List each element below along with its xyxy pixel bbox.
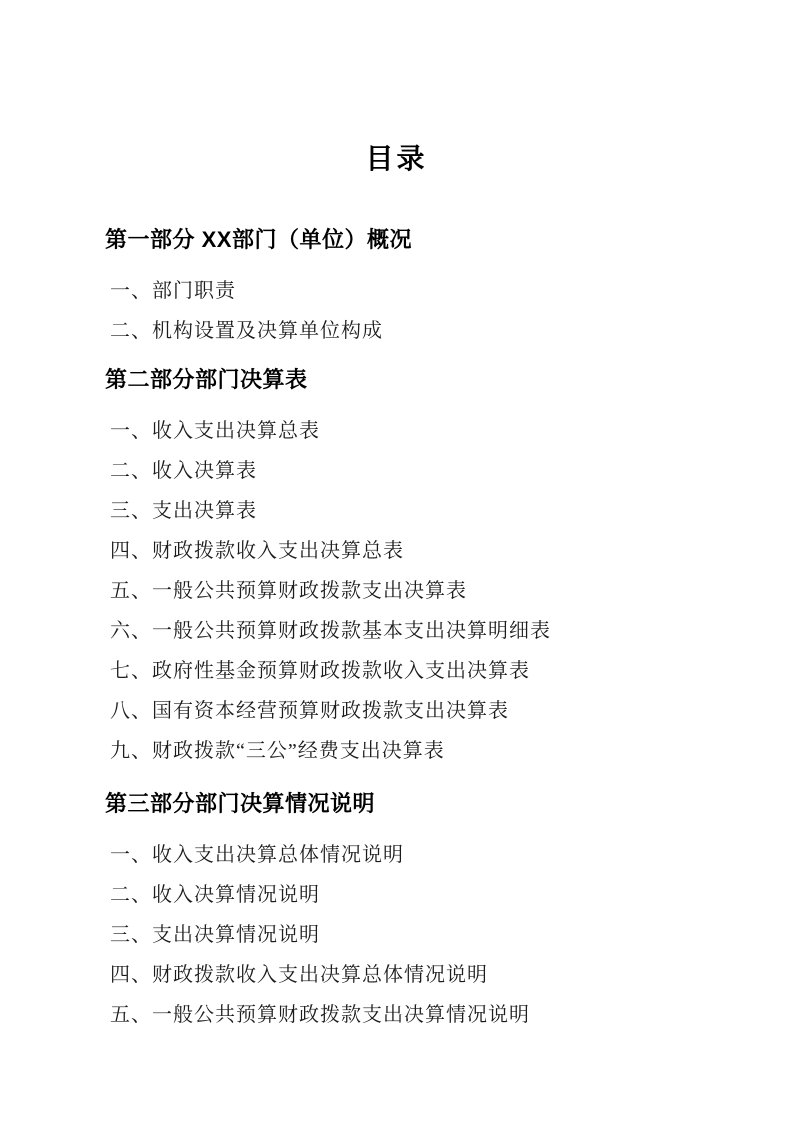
- document-page: 目录 第一部分 XX部门（单位）概况 一、部门职责 二、机构设置及决算单位构成 …: [0, 0, 793, 1122]
- toc-item: 二、收入决算表: [110, 461, 793, 481]
- section-heading-3: 第三部分部门决算情况说明: [105, 792, 793, 815]
- section-heading-1: 第一部分 XX部门（单位）概况: [105, 228, 793, 251]
- toc-item: 九、财政拨款“三公”经费支出决算表: [110, 741, 793, 761]
- toc-item: 二、机构设置及决算单位构成: [110, 321, 793, 341]
- toc-item: 七、政府性基金预算财政拨款收入支出决算表: [110, 661, 793, 681]
- toc-item: 一、收入支出决算总表: [110, 421, 793, 441]
- section-heading-2: 第二部分部门决算表: [105, 368, 793, 391]
- toc-item: 二、收入决算情况说明: [110, 885, 793, 905]
- toc-item: 三、支出决算表: [110, 501, 793, 521]
- toc-item: 三、支出决算情况说明: [110, 925, 793, 945]
- toc-item: 四、财政拨款收入支出决算总表: [110, 541, 793, 561]
- toc-item: 一、部门职责: [110, 281, 793, 301]
- toc-item: 八、国有资本经营预算财政拨款支出决算表: [110, 701, 793, 721]
- toc-item: 五、一般公共预算财政拨款支出决算情况说明: [110, 1005, 793, 1025]
- toc-item: 五、一般公共预算财政拨款支出决算表: [110, 581, 793, 601]
- toc-item: 六、一般公共预算财政拨款基本支出决算明细表: [110, 621, 793, 641]
- toc-item: 一、收入支出决算总体情况说明: [110, 845, 793, 865]
- toc-item: 四、财政拨款收入支出决算总体情况说明: [110, 965, 793, 985]
- page-title: 目录: [0, 145, 793, 173]
